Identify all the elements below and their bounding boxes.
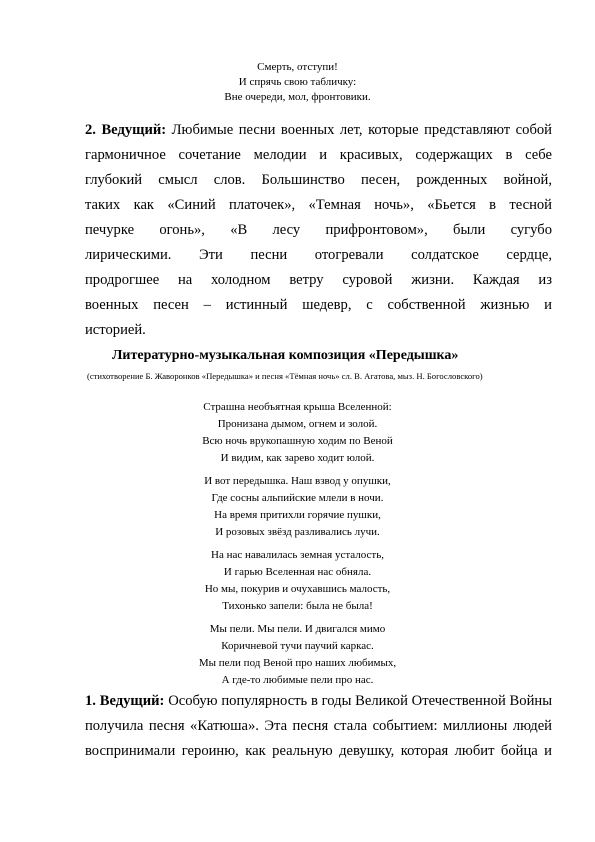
poem-line: Тихонько запели: была не была!: [0, 598, 595, 615]
poem-line: Но мы, покурив и очухавшись малость,: [0, 581, 595, 598]
paragraph-presenter-2: 2. Ведущий: Любимые песни военных лет, к…: [85, 118, 552, 343]
verse-line: Смерть, отступи!: [0, 60, 595, 75]
epigraph-verse: Смерть, отступи! И спрячь свою табличку:…: [0, 60, 595, 105]
poem-line: Мы пели. Мы пели. И двигался мимо: [0, 621, 595, 638]
paragraph-line: печурке огонь», «В лесу прифронтовом», б…: [85, 218, 552, 243]
poem-line: И вот передышка. Наш взвод у опушки,: [0, 473, 595, 490]
verse-line: И спрячь свою табличку:: [0, 75, 595, 90]
paragraph-line: 2. Ведущий: Любимые песни военных лет, к…: [85, 118, 552, 143]
poem-line: Всю ночь врукопашную ходим по Веной: [0, 433, 595, 450]
speaker-label: 2. Ведущий:: [85, 122, 166, 138]
poem-line: На нас навалилась земная усталость,: [0, 547, 595, 564]
poem-stanza: И вот передышка. Наш взвод у опушки, Где…: [0, 473, 595, 541]
poem-line: Страшна необъятная крыша Вселенной:: [0, 399, 595, 416]
document-page: Смерть, отступи! И спрячь свою табличку:…: [0, 0, 595, 842]
poem-line: Где сосны альпийские млели в ночи.: [0, 490, 595, 507]
composition-heading: Литературно-музыкальная композиция «Пере…: [112, 348, 458, 364]
paragraph-line: продрогшее на холодном ветру суровой жиз…: [85, 268, 552, 293]
poem-line: И видим, как зарево ходит юлой.: [0, 450, 595, 467]
paragraph-line: лирическими. Эти песни отогревали солдат…: [85, 243, 552, 268]
poem-stanza: На нас навалилась земная усталость, И га…: [0, 547, 595, 615]
poem-line: А где-то любимые пели про нас.: [0, 672, 595, 689]
verse-line: Вне очереди, мол, фронтовики.: [0, 90, 595, 105]
poem-stanza: Мы пели. Мы пели. И двигался мимо Коричн…: [0, 621, 595, 689]
composition-subtitle: (стихотворение Б. Жаворонков «Передышка»…: [87, 371, 483, 381]
poem-line: И гарью Вселенная нас обняла.: [0, 564, 595, 581]
poem-line: Коричневой тучи паучий каркас.: [0, 638, 595, 655]
paragraph-line: военных песен – истинный шедевр, с собст…: [85, 293, 552, 318]
poem-line: На время притихли горячие пушки,: [0, 507, 595, 524]
poem-line: И розовых звёзд разливались лучи.: [0, 524, 595, 541]
poem-stanza: Страшна необъятная крыша Вселенной: Прон…: [0, 399, 595, 467]
paragraph-line: историей.: [85, 318, 552, 343]
paragraph-line: воспринимали героиню, как реальную девуш…: [85, 739, 552, 764]
poem: Страшна необъятная крыша Вселенной: Прон…: [0, 399, 595, 695]
poem-line: Мы пели под Веной про наших любимых,: [0, 655, 595, 672]
paragraph-line: получила песня «Катюша». Эта песня стала…: [85, 714, 552, 739]
paragraph-line: таких как «Синий платочек», «Темная ночь…: [85, 193, 552, 218]
paragraph-presenter-1: 1. Ведущий: Особую популярность в годы В…: [85, 689, 552, 764]
paragraph-line: 1. Ведущий: Особую популярность в годы В…: [85, 689, 552, 714]
paragraph-line: глубокий смысл слов. Большинство песен, …: [85, 168, 552, 193]
poem-line: Пронизана дымом, огнем и золой.: [0, 416, 595, 433]
speaker-label: 1. Ведущий:: [85, 693, 164, 709]
paragraph-line: гармоничное сочетание мелодии и красивых…: [85, 143, 552, 168]
